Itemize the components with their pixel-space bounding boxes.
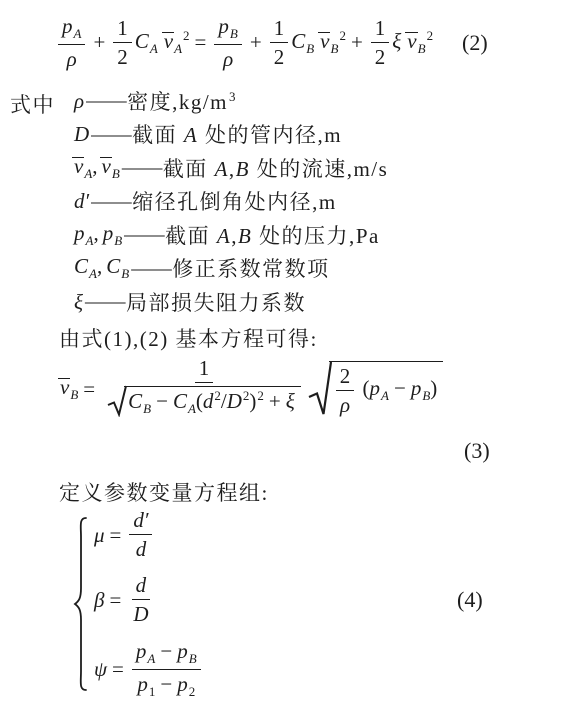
system-rows: μ = d′ d β = d D ψ = pA−pB (94, 508, 204, 699)
definition-desc: 截面 A,B 处的流速,m/s (163, 153, 389, 183)
definition-dash: —— (122, 155, 161, 180)
main-fraction: 1 CB−CA(d2/D2)2+ξ (103, 356, 305, 422)
lhs-psi: ψ (94, 657, 107, 681)
definition-desc: 截面 A 处的管内径,m (132, 119, 342, 149)
fraction-d-D: d D (129, 573, 152, 626)
fraction-pB-rho: pB ρ (214, 14, 241, 71)
definition-desc: 截面 A,B 处的压力,Pa (165, 220, 380, 250)
definition-term: D (74, 122, 89, 146)
numerator: 1 (371, 16, 390, 43)
plus-operator: + (250, 30, 262, 54)
define-sentence: 定义参数变量方程组: (59, 477, 269, 507)
radicand: CB−CA(d2/D2)2+ξ (124, 386, 301, 417)
fraction-one-half: 1 2 (113, 16, 132, 69)
where-label: 式中 (10, 89, 55, 119)
equals-operator: = (110, 523, 122, 547)
definition-dash: —— (124, 222, 163, 247)
definition-desc: 修正系数常数项 (172, 253, 330, 283)
definition-dash: —— (91, 189, 130, 214)
definition-term: d′ (74, 189, 89, 213)
system-row-beta: β = d D (94, 573, 204, 626)
definition-desc: 缩径孔倒角处内径,m (132, 186, 337, 216)
numerator: pB (214, 14, 241, 45)
definition-row-pApB: pA,pB —— 截面 A,B 处的压力,Pa (74, 218, 388, 252)
denominator: 2 (371, 43, 390, 69)
numerator: 2 (336, 364, 355, 391)
equals-operator: = (83, 377, 95, 401)
definition-term: ξ (74, 290, 83, 314)
denominator: d (132, 535, 151, 561)
fraction-two-rho: 2 ρ (336, 364, 355, 417)
definition-dash: —— (86, 88, 125, 113)
lhs-beta: β (94, 588, 104, 612)
definition-row-CACB: CA,CB —— 修正系数常数项 (74, 252, 388, 286)
paper-page: pA ρ + 1 2 CAvA2 = pB ρ + 1 2 CBvB2 + 1 … (0, 0, 579, 712)
lhs-mu: μ (94, 523, 105, 547)
equals-operator: = (109, 588, 121, 612)
equals-operator: = (195, 30, 207, 54)
definition-list: ρ —— 密度,kg/m3 D —— 截面 A 处的管内径,m vA,vB ——… (74, 84, 388, 319)
system-row-mu: μ = d′ d (94, 508, 204, 561)
denominator: p1−p2 (133, 670, 199, 700)
term-CB-vB2: CBvB2 (291, 29, 346, 57)
system-row-psi: ψ = pA−pB p1−p2 (94, 639, 204, 700)
numerator: d (132, 573, 151, 600)
equation-number-2: (2) (462, 30, 488, 56)
definition-dash: —— (131, 256, 170, 281)
square-root: 2 ρ (pA−pB) (308, 361, 444, 417)
equation-3: vB = 1 CB−CA(d2/D2)2+ξ 2 ρ (60, 356, 443, 422)
plus-operator: + (351, 30, 363, 54)
numerator: pA (58, 14, 85, 45)
denominator: CB−CA(d2/D2)2+ξ (103, 383, 305, 422)
definition-term: pA,pB (74, 221, 122, 249)
numerator: 1 (113, 16, 132, 43)
definition-row-D: D —— 截面 A 处的管内径,m (74, 118, 388, 152)
radicand: 2 ρ (pA−pB) (329, 361, 444, 417)
term-pA-minus-pB: (pA−pB) (363, 376, 438, 400)
term-CA-vA2: CAvA2 (135, 29, 190, 57)
equation-number-3: (3) (464, 438, 490, 464)
term-xi-vB2: ξvB2 (392, 29, 433, 57)
definition-term: vA,vB (74, 154, 120, 182)
fraction-one-half: 1 2 (371, 16, 390, 69)
equation-number-4: (4) (457, 587, 483, 613)
fraction-one-half: 1 2 (270, 16, 289, 69)
system-brace (72, 516, 90, 692)
definition-row-rho: ρ —— 密度,kg/m3 (74, 84, 388, 118)
definition-desc: 局部损失阻力系数 (126, 287, 306, 317)
definition-desc: 密度,kg/m3 (127, 86, 235, 116)
denominator: 2 (113, 43, 132, 69)
definition-dash: —— (91, 122, 130, 147)
numerator: pA−pB (132, 639, 201, 670)
definition-term: CA,CB (74, 254, 129, 282)
numerator: d′ (129, 508, 152, 535)
numerator: 1 (270, 16, 289, 43)
equation-2: pA ρ + 1 2 CAvA2 = pB ρ + 1 2 CBvB2 + 1 … (55, 14, 433, 71)
fraction-pA-rho: pA ρ (58, 14, 85, 71)
fraction-pressure-ratio: pA−pB p1−p2 (132, 639, 201, 700)
denominator: ρ (336, 391, 354, 417)
definition-row-xi: ξ —— 局部损失阻力系数 (74, 285, 388, 319)
square-root: CB−CA(d2/D2)2+ξ (107, 385, 301, 417)
derive-sentence: 由式(1),(2) 基本方程可得: (59, 323, 318, 353)
term-vB-bar: vB (60, 375, 78, 403)
definition-row-vAvB: vA,vB —— 截面 A,B 处的流速,m/s (74, 151, 388, 185)
definition-dash: —— (85, 289, 124, 314)
equals-operator: = (112, 657, 124, 681)
definition-row-dprime: d′ —— 缩径孔倒角处内径,m (74, 185, 388, 219)
fraction-dprime-d: d′ d (129, 508, 152, 561)
denominator: ρ (63, 45, 81, 71)
denominator: D (129, 600, 152, 626)
denominator: ρ (219, 45, 237, 71)
plus-operator: + (93, 30, 105, 54)
definition-term: ρ (74, 89, 84, 113)
numerator: 1 (195, 356, 214, 383)
equation-4-system: μ = d′ d β = d D ψ = pA−pB (72, 508, 204, 699)
denominator: 2 (270, 43, 289, 69)
